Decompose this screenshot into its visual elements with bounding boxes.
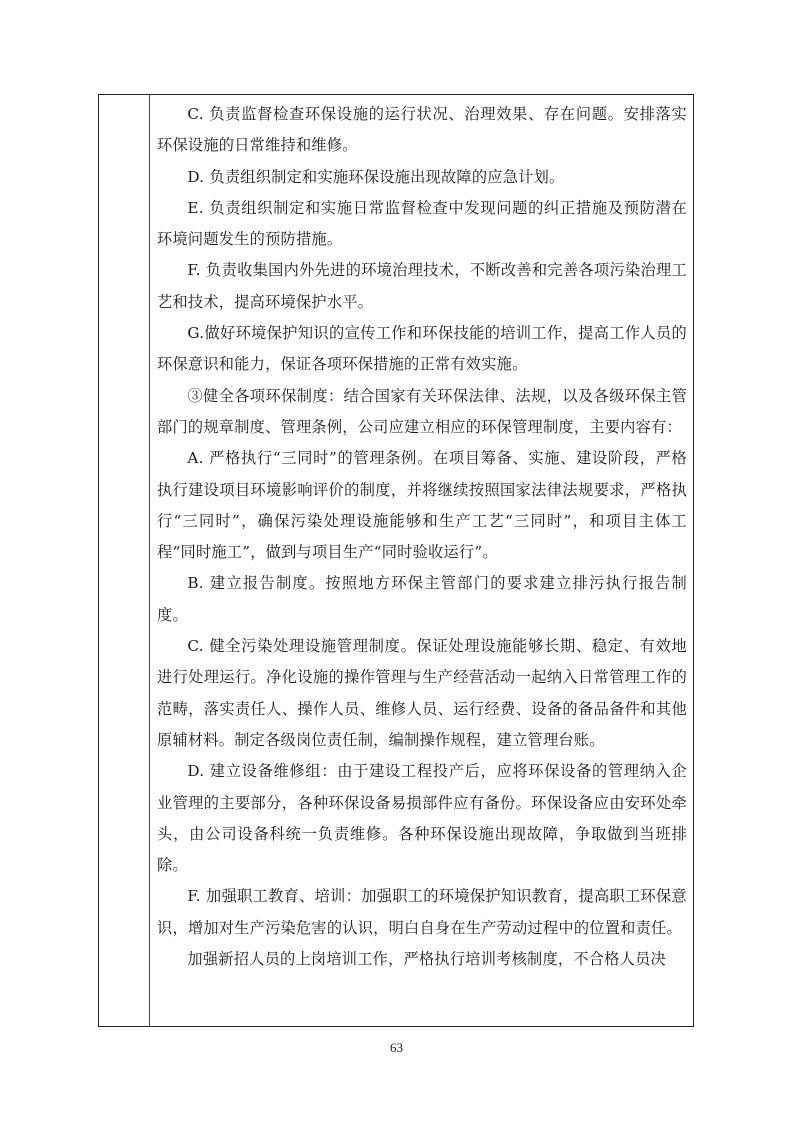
paragraph-c-monitoring: C. 负责监督检查环保设施的运行状况、治理效果、存在问题。安排落实环保设施的日常… <box>157 99 687 162</box>
paragraph-section-3-systems: ③健全各项环保制度：结合国家有关环保法律、法规，以及各级环保主管部门的规章制度、… <box>157 381 687 444</box>
page-number: 63 <box>0 1040 793 1056</box>
paragraph-b-reporting: B. 建立报告制度。按照地方环保主管部门的要求建立排污执行报告制度。 <box>157 568 687 631</box>
paragraph-d-emergency-plan: D. 负责组织制定和实施环保设施出现故障的应急计划。 <box>157 162 687 193</box>
paragraph-g-training: G.做好环境保护知识的宣传工作和环保技能的培训工作，提高工作人员的环保意识和能力… <box>157 318 687 381</box>
paragraph-f-staff-education: F. 加强职工教育、培训：加强职工的环境保护知识教育，提高职工环保意识，增加对生… <box>157 881 687 944</box>
paragraph-e-corrective-measures: E. 负责组织制定和实施日常监督检查中发现问题的纠正措施及预防潜在环境问题发生的… <box>157 193 687 256</box>
paragraph-d-maintenance-team: D. 建立设备维修组：由于建设工程投产后，应将环保设备的管理纳入企业管理的主要部… <box>157 756 687 881</box>
paragraph-c-facility-management: C. 健全污染处理设施管理制度。保证处理设施能够长期、稳定、有效地进行处理运行。… <box>157 631 687 756</box>
paragraph-f-technology: F. 负责收集国内外先进的环境治理技术，不断改善和完善各项污染治理工艺和技术，提… <box>157 255 687 318</box>
paragraph-a-three-simultaneous: A. 严格执行“三同时”的管理条例。在项目筹备、实施、建设阶段，严格执行建设项目… <box>157 443 687 568</box>
paragraph-new-staff-training: 加强新招人员的上岗培训工作，严格执行培训考核制度，不合格人员决 <box>157 944 687 975</box>
table-content-cell: C. 负责监督检查环保设施的运行状况、治理效果、存在问题。安排落实环保设施的日常… <box>150 95 693 1026</box>
content-table: C. 负责监督检查环保设施的运行状况、治理效果、存在问题。安排落实环保设施的日常… <box>98 94 694 1027</box>
table-left-column <box>99 95 150 1026</box>
